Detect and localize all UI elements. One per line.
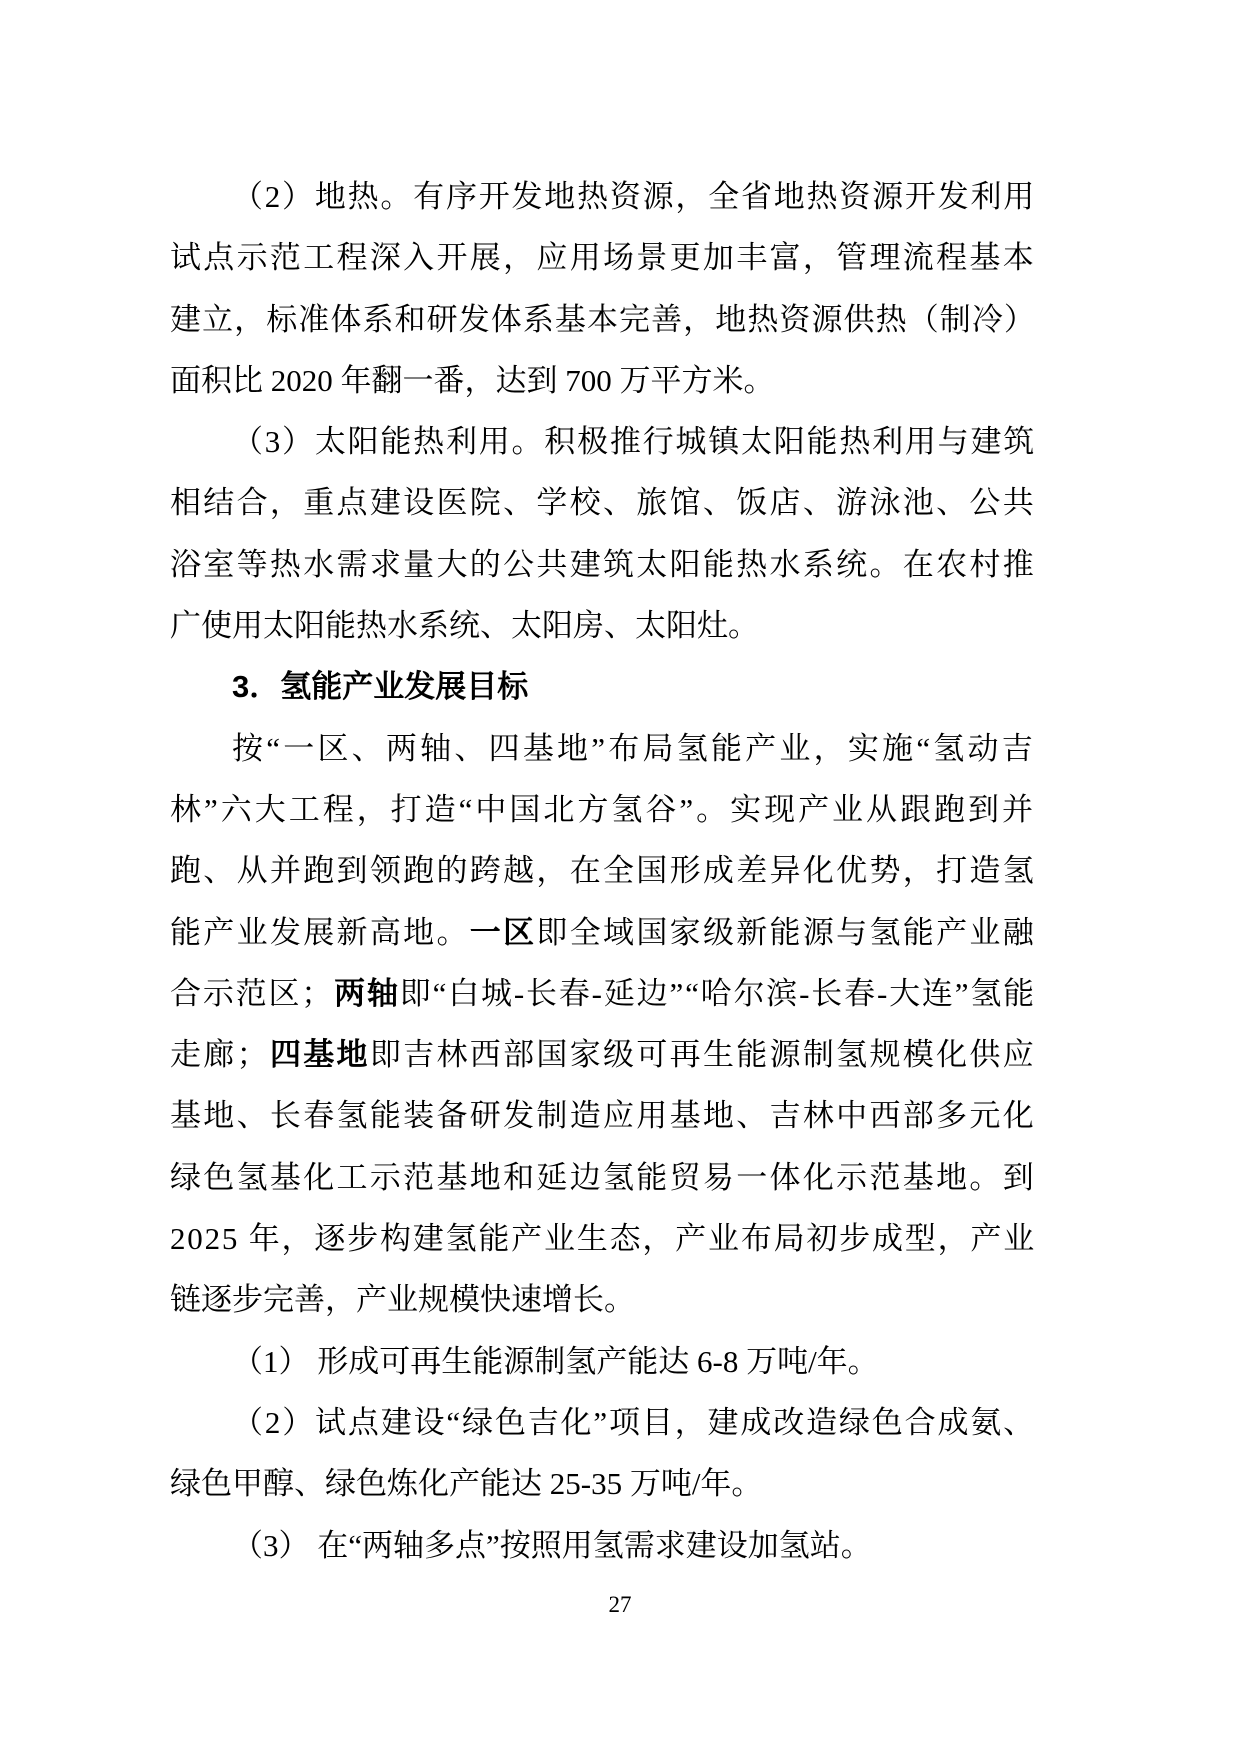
- text-line: （3） 在“两轴多点”按照用氢需求建设加氢站。: [170, 1515, 1036, 1576]
- line-text: 广使用太阳能热水系统、太阳房、太阳灶。: [170, 608, 759, 643]
- line-text: （3）太阳能热利用。积极推行城镇太阳能热利用与建筑: [232, 424, 1036, 459]
- text-segment: 即全域国家级新能源与氢能产业融: [536, 915, 1036, 950]
- text-line: （1） 形成可再生能源制氢产能达 6-8 万吨/年。: [170, 1331, 1036, 1392]
- document-body: （2）地热。有序开发地热资源，全省地热资源开发利用试点示范工程深入开展，应用场景…: [170, 166, 1036, 1576]
- text-line: 建立，标准体系和研发体系基本完善，地热资源供热（制冷）: [170, 289, 1036, 350]
- line-text: 能产业发展新高地。一区即全域国家级新能源与氢能产业融: [170, 915, 1036, 950]
- text-segment: （3） 在“两轴多点”按照用氢需求建设加氢站。: [232, 1528, 872, 1563]
- text-segment: 相结合，重点建设医院、学校、旅馆、饭店、游泳池、公共: [170, 485, 1036, 520]
- text-line: 走廊；四基地即吉林西部国家级可再生能源制氢规模化供应: [170, 1024, 1036, 1085]
- text-line: 绿色甲醇、绿色炼化产能达 25-35 万吨/年。: [170, 1453, 1036, 1514]
- text-segment: 广使用太阳能热水系统、太阳房、太阳灶。: [170, 608, 759, 643]
- line-text: 相结合，重点建设医院、学校、旅馆、饭店、游泳池、公共: [170, 485, 1036, 520]
- line-text: 2025 年，逐步构建氢能产业生态，产业布局初步成型，产业: [170, 1221, 1036, 1256]
- bold-term: 两轴: [334, 976, 400, 1011]
- text-segment: 即“白城-长春-延边”“哈尔滨-长春-大连”氢能: [400, 976, 1036, 1011]
- text-line: 林”六大工程，打造“中国北方氢谷”。实现产业从跟跑到并: [170, 779, 1036, 840]
- text-segment: （1） 形成可再生能源制氢产能达 6-8 万吨/年。: [232, 1344, 879, 1379]
- text-segment: 绿色氢基化工示范基地和延边氢能贸易一体化示范基地。到: [170, 1160, 1036, 1195]
- text-segment: 基地、长春氢能装备研发制造应用基地、吉林中西部多元化: [170, 1098, 1036, 1133]
- text-line: 跑、从并跑到领跑的跨越，在全国形成差异化优势，打造氢: [170, 840, 1036, 901]
- text-segment: 即吉林西部国家级可再生能源制氢规模化供应: [370, 1037, 1036, 1072]
- line-text: 合示范区；两轴即“白城-长春-延边”“哈尔滨-长春-大连”氢能: [170, 976, 1036, 1011]
- bold-term: 一区: [470, 915, 537, 950]
- section-heading: 3．氢能产业发展目标: [170, 656, 1036, 717]
- text-line: 面积比 2020 年翻一番，达到 700 万平方米。: [170, 350, 1036, 411]
- text-segment: 走廊；: [170, 1037, 270, 1072]
- text-segment: 林”六大工程，打造“中国北方氢谷”。实现产业从跟跑到并: [170, 792, 1036, 827]
- document-page: （2）地热。有序开发地热资源，全省地热资源开发利用试点示范工程深入开展，应用场景…: [0, 0, 1240, 1754]
- text-line: （2）试点建设“绿色吉化”项目，建成改造绿色合成氨、: [170, 1392, 1036, 1453]
- line-text: 试点示范工程深入开展，应用场景更加丰富，管理流程基本: [170, 240, 1036, 275]
- text-line: 广使用太阳能热水系统、太阳房、太阳灶。: [170, 595, 1036, 656]
- text-segment: （2）地热。有序开发地热资源，全省地热资源开发利用: [232, 179, 1036, 214]
- text-segment: 试点示范工程深入开展，应用场景更加丰富，管理流程基本: [170, 240, 1036, 275]
- line-text: （2）试点建设“绿色吉化”项目，建成改造绿色合成氨、: [232, 1405, 1036, 1440]
- text-segment: （3）太阳能热利用。积极推行城镇太阳能热利用与建筑: [232, 424, 1036, 459]
- text-segment: 浴室等热水需求量大的公共建筑太阳能热水系统。在农村推: [170, 547, 1036, 582]
- text-segment: 2025 年，逐步构建氢能产业生态，产业布局初步成型，产业: [170, 1221, 1036, 1256]
- text-line: 2025 年，逐步构建氢能产业生态，产业布局初步成型，产业: [170, 1208, 1036, 1269]
- text-line: （3）太阳能热利用。积极推行城镇太阳能热利用与建筑: [170, 411, 1036, 472]
- text-segment: 能产业发展新高地。: [170, 915, 470, 950]
- text-line: 相结合，重点建设医院、学校、旅馆、饭店、游泳池、公共: [170, 472, 1036, 533]
- line-text: 绿色甲醇、绿色炼化产能达 25-35 万吨/年。: [170, 1466, 762, 1501]
- line-text: （3） 在“两轴多点”按照用氢需求建设加氢站。: [232, 1528, 872, 1563]
- text-segment: 按“一区、两轴、四基地”布局氢能产业，实施“氢动吉: [232, 731, 1036, 766]
- text-line: 链逐步完善，产业规模快速增长。: [170, 1269, 1036, 1330]
- text-line: 按“一区、两轴、四基地”布局氢能产业，实施“氢动吉: [170, 718, 1036, 779]
- text-line: 浴室等热水需求量大的公共建筑太阳能热水系统。在农村推: [170, 534, 1036, 595]
- line-text: （1） 形成可再生能源制氢产能达 6-8 万吨/年。: [232, 1344, 879, 1379]
- line-text: 林”六大工程，打造“中国北方氢谷”。实现产业从跟跑到并: [170, 792, 1036, 827]
- line-text: 链逐步完善，产业规模快速增长。: [170, 1282, 635, 1317]
- text-segment: 合示范区；: [170, 976, 334, 1011]
- line-text: （2）地热。有序开发地热资源，全省地热资源开发利用: [232, 179, 1036, 214]
- text-line: 试点示范工程深入开展，应用场景更加丰富，管理流程基本: [170, 227, 1036, 288]
- line-text: 按“一区、两轴、四基地”布局氢能产业，实施“氢动吉: [232, 731, 1036, 766]
- text-line: （2）地热。有序开发地热资源，全省地热资源开发利用: [170, 166, 1036, 227]
- text-segment: 链逐步完善，产业规模快速增长。: [170, 1282, 635, 1317]
- line-text: 3．氢能产业发展目标: [232, 669, 528, 704]
- text-segment: 建立，标准体系和研发体系基本完善，地热资源供热（制冷）: [170, 302, 1036, 337]
- line-text: 建立，标准体系和研发体系基本完善，地热资源供热（制冷）: [170, 302, 1036, 337]
- page-number: 27: [0, 1590, 1240, 1620]
- line-text: 面积比 2020 年翻一番，达到 700 万平方米。: [170, 363, 775, 398]
- line-text: 走廊；四基地即吉林西部国家级可再生能源制氢规模化供应: [170, 1037, 1036, 1072]
- text-line: 能产业发展新高地。一区即全域国家级新能源与氢能产业融: [170, 902, 1036, 963]
- line-text: 绿色氢基化工示范基地和延边氢能贸易一体化示范基地。到: [170, 1160, 1036, 1195]
- bold-term: 四基地: [270, 1037, 370, 1072]
- line-text: 跑、从并跑到领跑的跨越，在全国形成差异化优势，打造氢: [170, 853, 1036, 888]
- text-segment: 跑、从并跑到领跑的跨越，在全国形成差异化优势，打造氢: [170, 853, 1036, 888]
- text-segment: 面积比 2020 年翻一番，达到 700 万平方米。: [170, 363, 775, 398]
- text-line: 基地、长春氢能装备研发制造应用基地、吉林中西部多元化: [170, 1085, 1036, 1146]
- bold-term: 3．氢能产业发展目标: [232, 669, 528, 704]
- line-text: 基地、长春氢能装备研发制造应用基地、吉林中西部多元化: [170, 1098, 1036, 1133]
- text-line: 合示范区；两轴即“白城-长春-延边”“哈尔滨-长春-大连”氢能: [170, 963, 1036, 1024]
- line-text: 浴室等热水需求量大的公共建筑太阳能热水系统。在农村推: [170, 547, 1036, 582]
- text-segment: 绿色甲醇、绿色炼化产能达 25-35 万吨/年。: [170, 1466, 762, 1501]
- text-line: 绿色氢基化工示范基地和延边氢能贸易一体化示范基地。到: [170, 1147, 1036, 1208]
- text-segment: （2）试点建设“绿色吉化”项目，建成改造绿色合成氨、: [232, 1405, 1036, 1440]
